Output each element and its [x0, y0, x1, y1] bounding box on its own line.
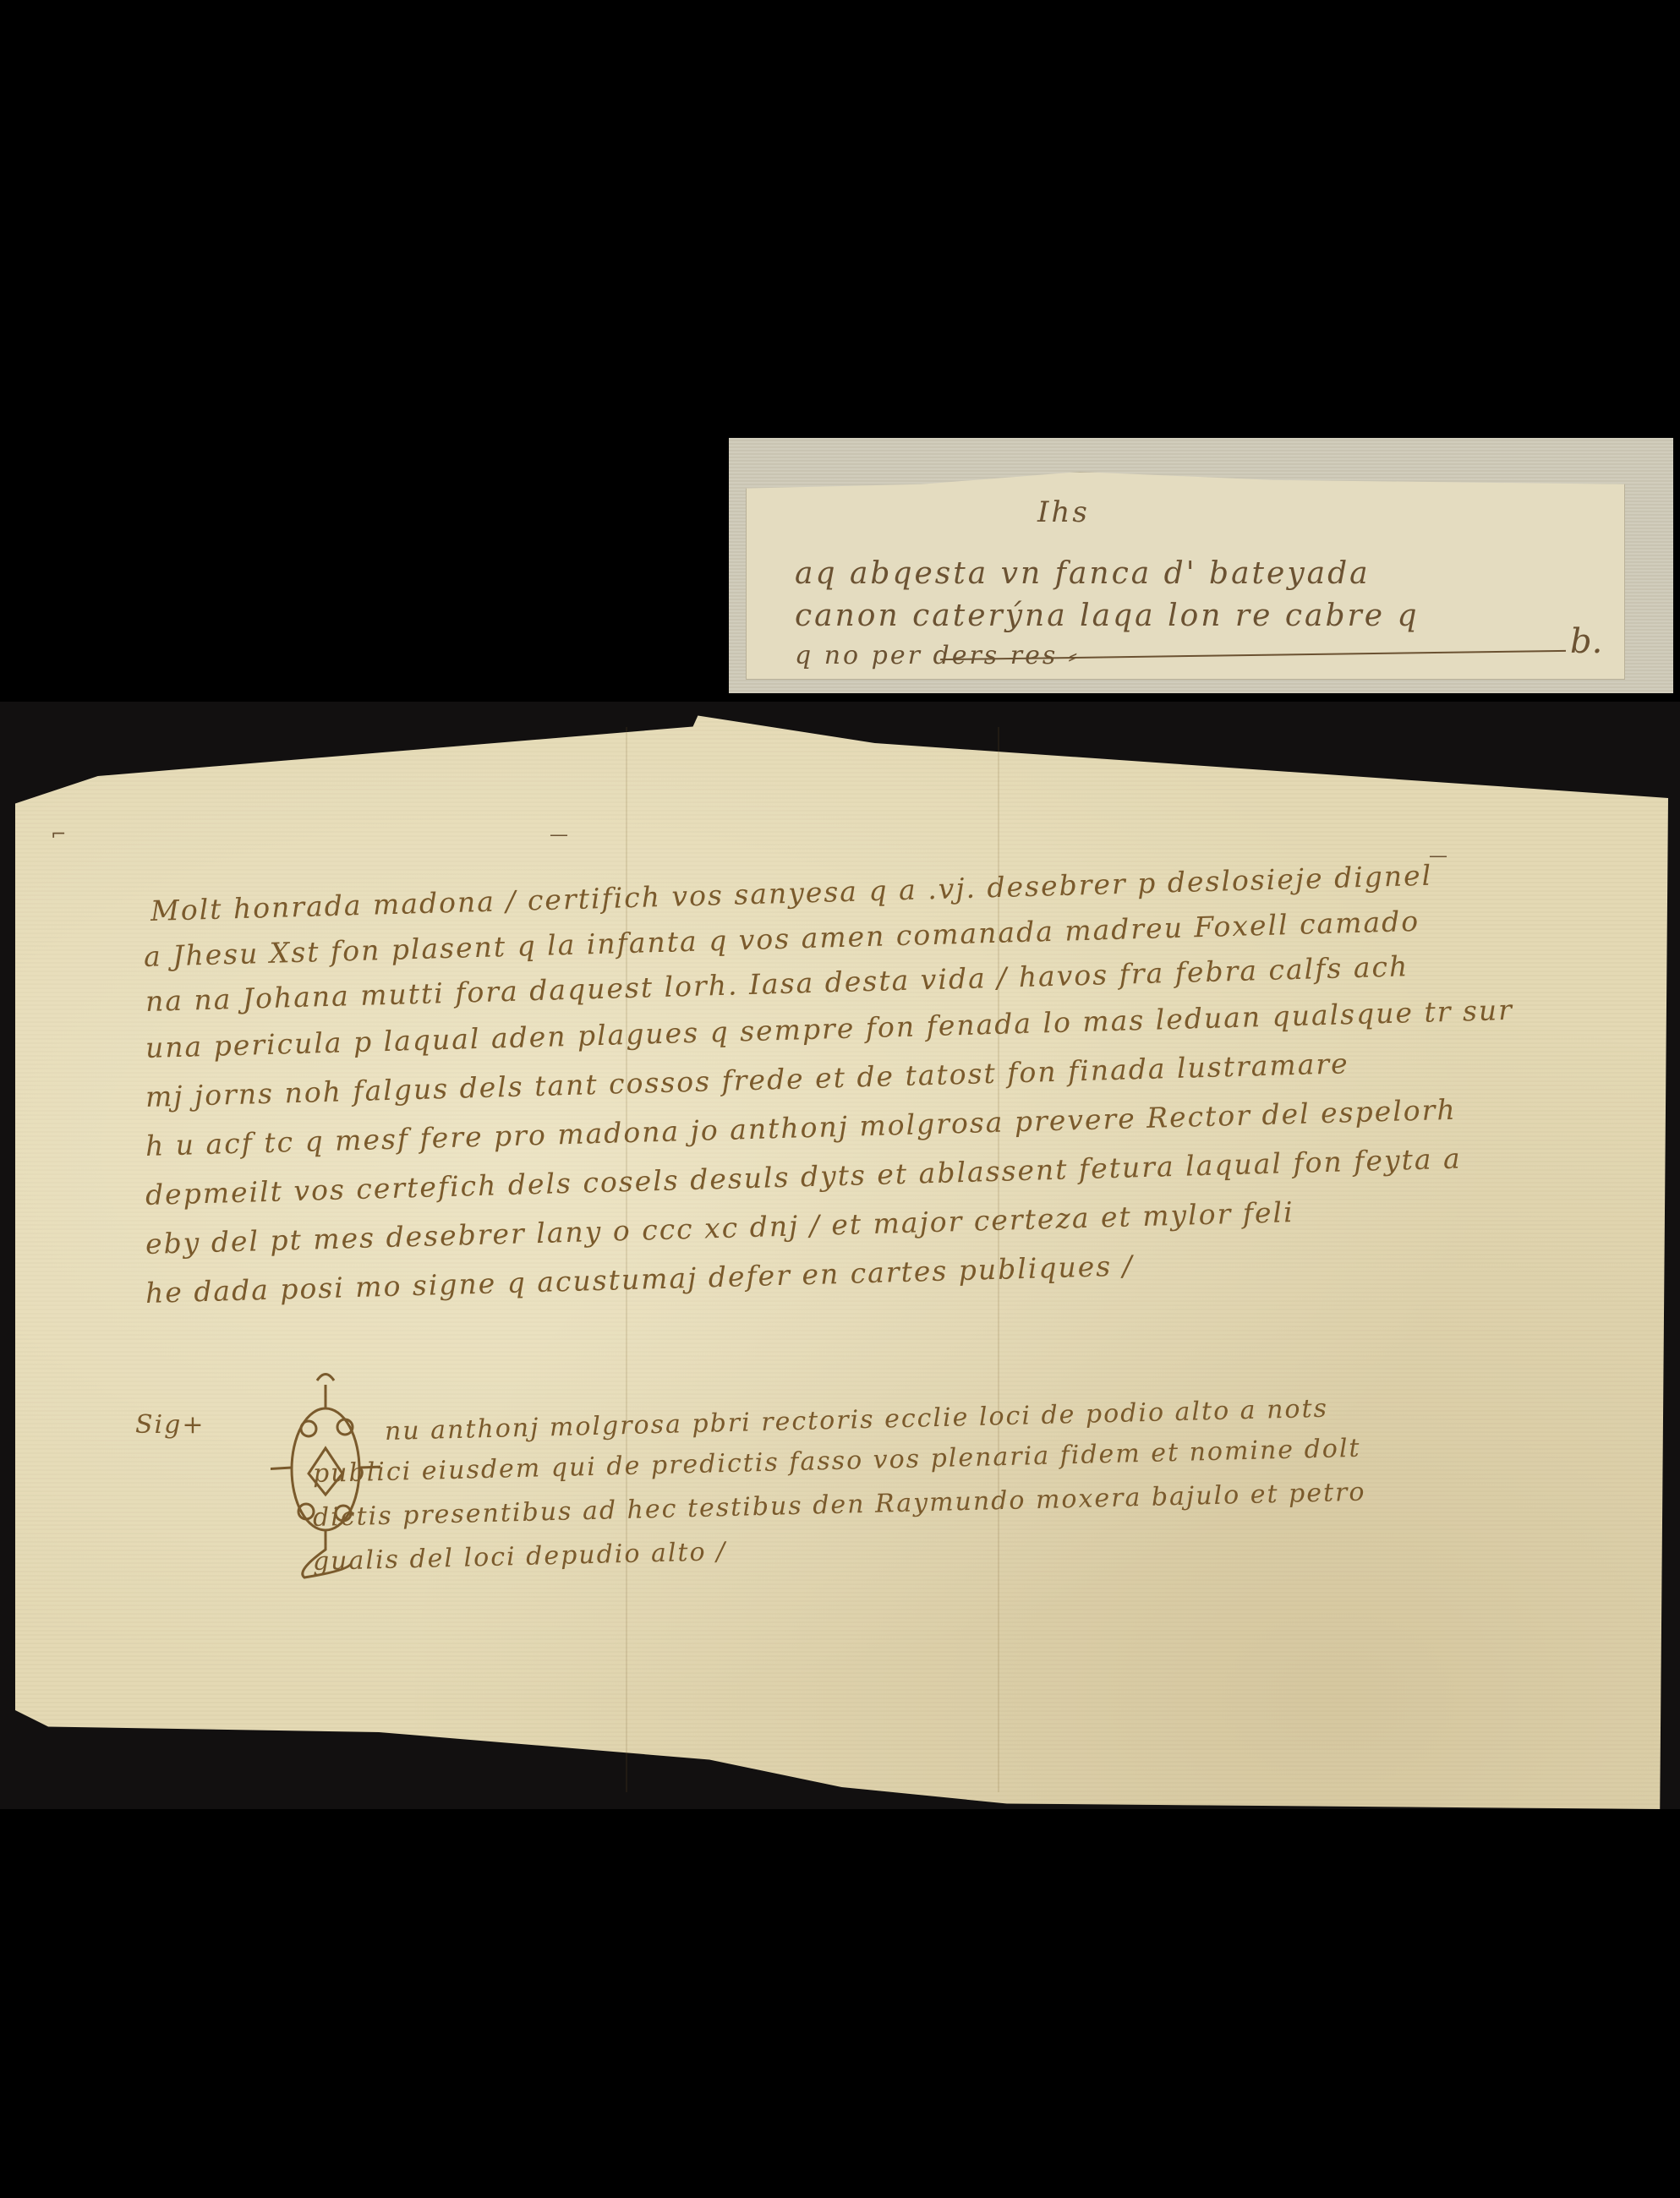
note-slip: Ihs aq abqesta vn fanca d' bateyada cano…: [746, 472, 1625, 680]
signum-label: Sig+: [135, 1410, 205, 1440]
ruling-mark: —: [550, 824, 568, 845]
ruling-mark: ⌐: [51, 824, 66, 845]
note-mark: b.: [1570, 622, 1602, 661]
note-mount-panel: Ihs aq abqesta vn fanca d' bateyada cano…: [729, 438, 1673, 693]
note-line-3: q no per ders res ⸗: [795, 641, 1080, 670]
note-heading: Ihs: [1037, 495, 1090, 529]
note-line-2: canon caterýna laqa lon re cabre q: [795, 599, 1420, 633]
note-line-1: aq abqesta vn fanca d' bateyada: [795, 556, 1371, 591]
